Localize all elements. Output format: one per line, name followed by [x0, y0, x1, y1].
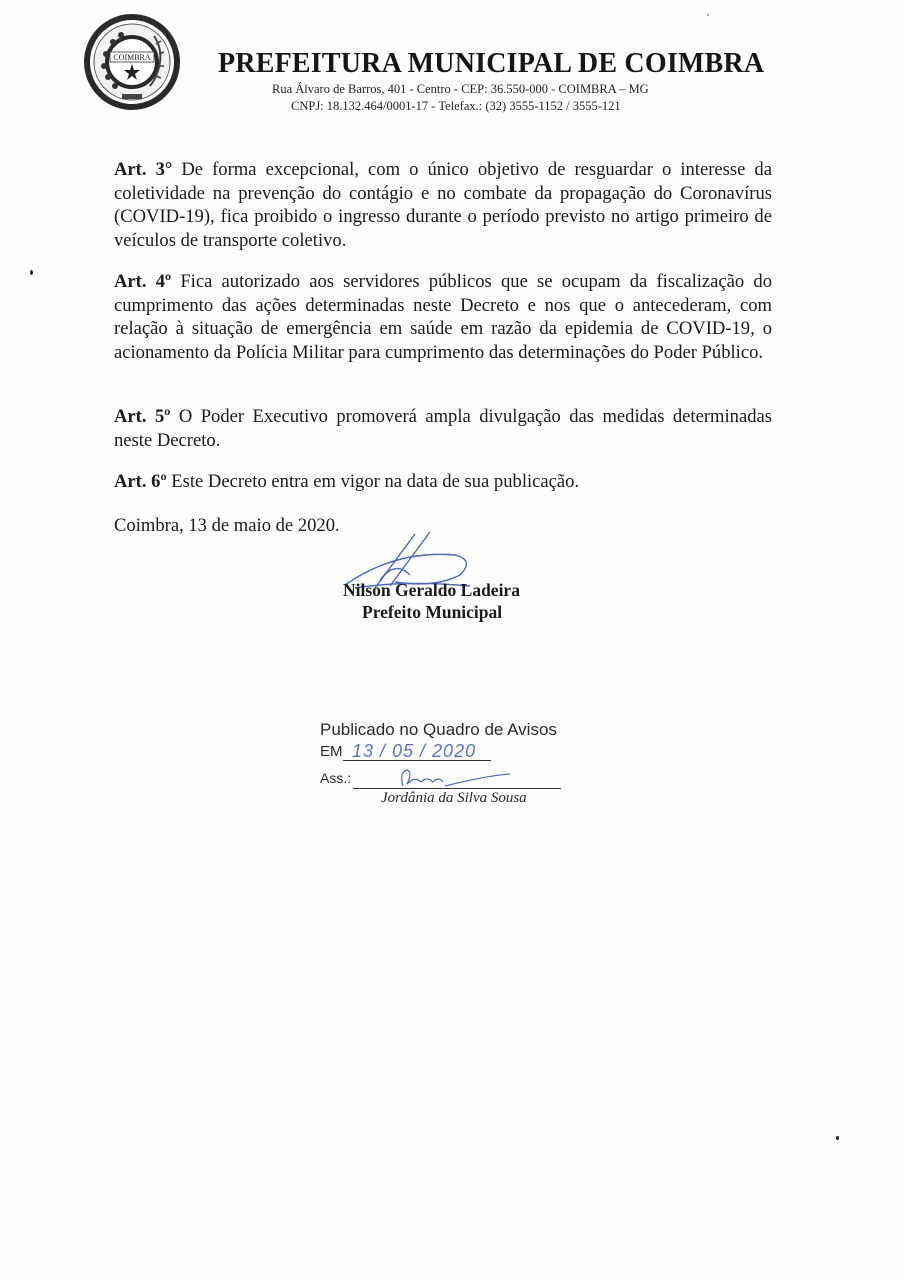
header-contact: CNPJ: 18.132.464/0001-17 - Telefax.: (32… — [291, 99, 621, 114]
article-5: Art. 5º O Poder Executivo promoverá ampl… — [114, 405, 772, 452]
article-4: Art. 4º Fica autorizado aos servidores p… — [114, 270, 772, 364]
article-text: Este Decreto entra em vigor na data de s… — [167, 471, 580, 492]
scan-speck — [30, 270, 33, 275]
signer-name: Nilson Geraldo Ladeira — [343, 580, 520, 601]
municipal-seal-icon: COIMBRA — [84, 14, 180, 110]
article-3: Art. 3° De forma excepcional, com o únic… — [114, 158, 772, 252]
svg-text:COIMBRA: COIMBRA — [113, 53, 151, 62]
scan-speck — [836, 1136, 839, 1140]
stamp-signature-scribble-icon — [395, 766, 515, 792]
header-address: Rua Álvaro de Barros, 401 - Centro - CEP… — [272, 82, 649, 97]
article-text: Fica autorizado aos servidores públicos … — [114, 271, 772, 363]
article-label: Art. 3° — [114, 159, 172, 180]
publication-ass-label: Ass.: — [320, 770, 351, 786]
article-text: O Poder Executivo promoverá ampla divulg… — [114, 406, 772, 451]
article-text: De forma excepcional, com o único objeti… — [114, 159, 772, 251]
publication-stamp-title: Publicado no Quadro de Avisos — [320, 720, 557, 740]
publication-date-handwritten: 13 / 05 / 2020 — [352, 741, 476, 762]
document-page: COIMBRA PREFEITURA MUNICIPAL DE COIMBRA … — [0, 0, 904, 1280]
signer-role: Prefeito Municipal — [362, 602, 502, 623]
article-label: Art. 6º — [114, 471, 167, 492]
article-label: Art. 4º — [114, 271, 171, 292]
publication-signer: Jordânia da Silva Sousa — [381, 790, 527, 807]
article-label: Art. 5º — [114, 406, 170, 427]
publication-em-label: EM — [320, 743, 343, 760]
header-title: PREFEITURA MUNICIPAL DE COIMBRA — [218, 48, 764, 80]
article-6: Art. 6º Este Decreto entra em vigor na d… — [114, 470, 772, 494]
scan-speck — [707, 14, 709, 16]
